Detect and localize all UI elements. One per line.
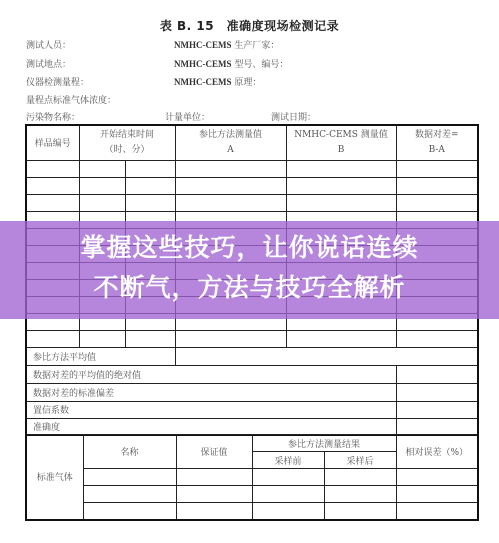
headline-text: 掌握这些技巧，让你说话连续 不断气，方法与技巧全解析 [0, 228, 499, 308]
summary-row-abs-mean-diff: 数据对差的平均值的绝对值 [26, 365, 478, 383]
range-label: 仪器检测量程： [26, 75, 89, 88]
summary-label: 置信系数 [26, 401, 396, 418]
cell[interactable] [79, 177, 125, 194]
cell[interactable] [324, 486, 396, 503]
std-gas-before-header: 采样前 [252, 452, 324, 469]
cell[interactable] [396, 160, 478, 177]
std-gas-ref-result-header: 参比方法测量结果 [252, 435, 396, 452]
location-label: 测试地点： [26, 57, 71, 70]
std-gas-guaranteed-header: 保证值 [176, 435, 252, 469]
summary-value[interactable] [396, 401, 478, 418]
cems-label: NMHC-CEMS [174, 40, 232, 50]
principle-text: 原理： [232, 78, 262, 88]
header-cems-value: NMHC-CEMS 测量值B [286, 125, 396, 160]
cell[interactable] [26, 160, 79, 177]
cems-label: NMHC-CEMS [174, 77, 232, 87]
cell[interactable] [175, 177, 286, 194]
cell[interactable] [176, 486, 252, 503]
header-row: 样品编号 开始结束时间（时、分） 参比方法测量值A NMHC-CEMS 测量值B… [26, 125, 478, 160]
headline-line-2: 不断气，方法与技巧全解析 [0, 268, 499, 308]
std-gas-header-row: 标准气体 名称 保证值 参比方法测量结果 相对误差（%） [26, 435, 478, 452]
header-sample-no: 样品编号 [26, 125, 79, 160]
cell[interactable] [286, 194, 396, 211]
cell[interactable] [286, 177, 396, 194]
cell[interactable] [396, 194, 478, 211]
summary-row-confidence: 置信系数 [26, 401, 478, 418]
std-gas-row [26, 503, 478, 520]
header-cems-line2: B [287, 143, 396, 158]
cell[interactable] [252, 469, 324, 486]
model-text: 型号、编号： [232, 60, 289, 70]
summary-row-ref-mean: 参比方法平均值 [26, 347, 478, 365]
principle-label: NMHC-CEMS 原理： [174, 75, 261, 88]
header-ref-value: 参比方法测量值A [175, 125, 286, 160]
unit-label: 计量单位： [165, 110, 210, 123]
table-row [26, 330, 478, 347]
span-gas-label: 量程点标准气体浓度： [26, 93, 116, 106]
summary-row-std-dev: 数据对差的标准偏差 [26, 383, 478, 401]
std-gas-row [26, 469, 478, 486]
std-gas-after-header: 采样后 [324, 452, 396, 469]
cell[interactable] [175, 160, 286, 177]
header-time-line2: （时、分） [80, 143, 175, 158]
manufacturer-text: 生产厂家： [232, 41, 280, 51]
cell[interactable] [175, 330, 286, 347]
cell[interactable] [83, 469, 176, 486]
table-row [26, 194, 478, 211]
summary-label: 准确度 [26, 418, 396, 435]
cell[interactable] [125, 177, 175, 194]
header-ref-line2: A [176, 143, 286, 158]
cell[interactable] [324, 469, 396, 486]
tester-label: 测试人员： [26, 38, 71, 51]
pollutant-label: 污染物名称： [26, 110, 80, 123]
cell[interactable] [396, 486, 478, 503]
cell[interactable] [252, 503, 324, 520]
cell[interactable] [125, 194, 175, 211]
cell[interactable] [286, 160, 396, 177]
header-time-line1: 开始结束时间 [80, 128, 175, 143]
cell[interactable] [125, 160, 175, 177]
cell[interactable] [83, 503, 176, 520]
cems-label: NMHC-CEMS [174, 59, 232, 69]
header-data-diff: 数据对差=B-A [396, 125, 478, 160]
summary-row-accuracy: 准确度 [26, 418, 478, 435]
model-label: NMHC-CEMS 型号、编号： [174, 57, 288, 70]
std-gas-label: 标准气体 [26, 435, 83, 520]
manufacturer-label: NMHC-CEMS 生产厂家： [174, 38, 279, 51]
standard-gas-table: 标准气体 名称 保证值 参比方法测量结果 相对误差（%） 采样前 采样后 [25, 434, 479, 521]
cell[interactable] [79, 160, 125, 177]
summary-label: 数据对差的标准偏差 [26, 383, 396, 401]
cell[interactable] [176, 469, 252, 486]
cell[interactable] [324, 503, 396, 520]
header-ref-line1: 参比方法测量值 [176, 128, 286, 143]
cell[interactable] [286, 330, 396, 347]
std-gas-name-header: 名称 [83, 435, 176, 469]
cell[interactable] [396, 503, 478, 520]
cell[interactable] [125, 330, 175, 347]
header-diff-line2: B-A [397, 143, 478, 158]
cell[interactable] [396, 177, 478, 194]
cell[interactable] [175, 194, 286, 211]
table-row [26, 160, 478, 177]
cell[interactable] [83, 486, 176, 503]
header-cems-line1: NMHC-CEMS 测量值 [287, 128, 396, 143]
cell[interactable] [26, 177, 79, 194]
cell[interactable] [79, 194, 125, 211]
table-row [26, 177, 478, 194]
std-gas-row [26, 486, 478, 503]
summary-value[interactable] [396, 418, 478, 435]
header-time: 开始结束时间（时、分） [79, 125, 175, 160]
cell[interactable] [396, 469, 478, 486]
summary-value[interactable] [396, 365, 478, 383]
header-diff-line1: 数据对差= [397, 128, 478, 143]
cell[interactable] [26, 194, 79, 211]
summary-value[interactable] [396, 383, 478, 401]
summary-value[interactable] [175, 347, 478, 365]
test-date-label: 测试日期： [271, 110, 316, 123]
summary-label: 数据对差的平均值的绝对值 [26, 365, 396, 383]
cell[interactable] [176, 503, 252, 520]
std-gas-rel-error-header: 相对误差（%） [396, 435, 478, 469]
document-title: 表 B. 15 准确度现场检测记录 [0, 17, 499, 34]
cell[interactable] [396, 330, 478, 347]
cell[interactable] [252, 486, 324, 503]
summary-label: 参比方法平均值 [26, 347, 175, 365]
headline-line-1: 掌握这些技巧，让你说话连续 [0, 228, 499, 268]
cell[interactable] [26, 330, 79, 347]
cell[interactable] [79, 330, 125, 347]
